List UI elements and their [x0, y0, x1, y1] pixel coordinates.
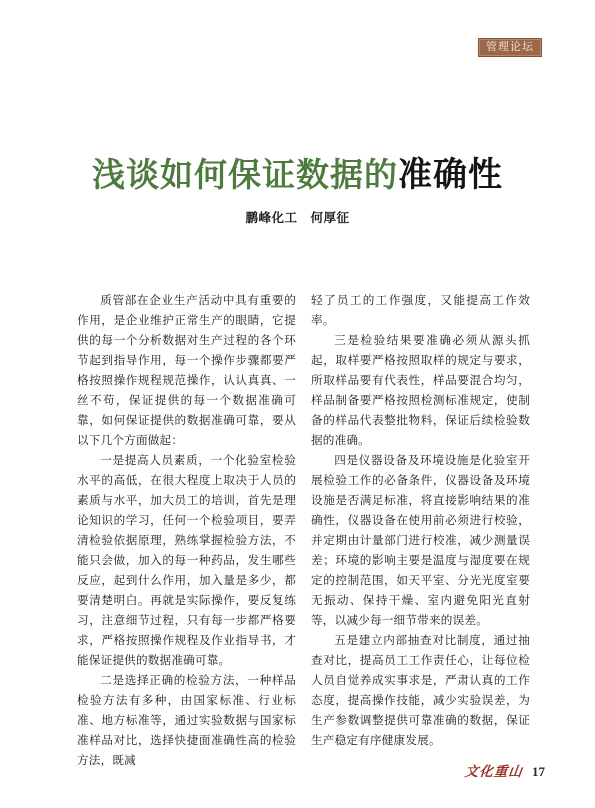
article-paragraph: 二是选择正确的检验方法，一种样品检验方法有多种，由国家标准、行业标准、地方标准等… [77, 671, 296, 771]
page-footer: 文化重山 17 [465, 760, 545, 780]
article-paragraph: 质管部在企业生产活动中具有重要的作用，是企业维护正常生产的眼睛，它提供的每一个分… [77, 291, 296, 451]
article-paragraph: 一是提高人员素质，一个化验室检验水平的高低，在很大程度上取决于人员的素质与水平，… [77, 451, 296, 671]
article-title-black-segment: 准确性 [398, 157, 503, 194]
author-line: 鹏峰化工 何厚征 [0, 208, 595, 226]
right-column: 轻了员工的工作强度，又能提高工作效率。 三是检验结果要准确必须从源头抓起，取样要… [311, 291, 530, 771]
left-column: 质管部在企业生产活动中具有重要的作用，是企业维护正常生产的眼睛，它提供的每一个分… [77, 291, 296, 771]
category-badge: 管理论坛 [478, 38, 542, 57]
article-title-green-segment: 浅谈如何保证数据的 [92, 156, 398, 193]
page-number: 17 [532, 764, 545, 780]
magazine-page: 管理论坛 浅谈如何保证数据的准确性 鹏峰化工 何厚征 质管部在企业生产活动中具有… [0, 0, 595, 808]
article-title: 浅谈如何保证数据的准确性 [0, 147, 595, 196]
article-paragraph-continuation: 轻了员工的工作强度，又能提高工作效率。 [311, 291, 530, 331]
article-paragraph: 三是检验结果要准确必须从源头抓起，取样要严格按照取样的规定与要求，所取样品要有代… [311, 331, 530, 451]
article-body: 质管部在企业生产活动中具有重要的作用，是企业维护正常生产的眼睛，它提供的每一个分… [77, 291, 530, 771]
journal-logo: 文化重山 [464, 760, 524, 780]
article-paragraph: 四是仪器设备及环境设施是化验室开展检验工作的必备条件，仪器设备及环境设施是否满足… [311, 451, 530, 631]
article-paragraph: 五是建立内部抽查对比制度，通过抽查对比，提高员工工作责任心，让每位检人员自觉养成… [311, 631, 530, 751]
